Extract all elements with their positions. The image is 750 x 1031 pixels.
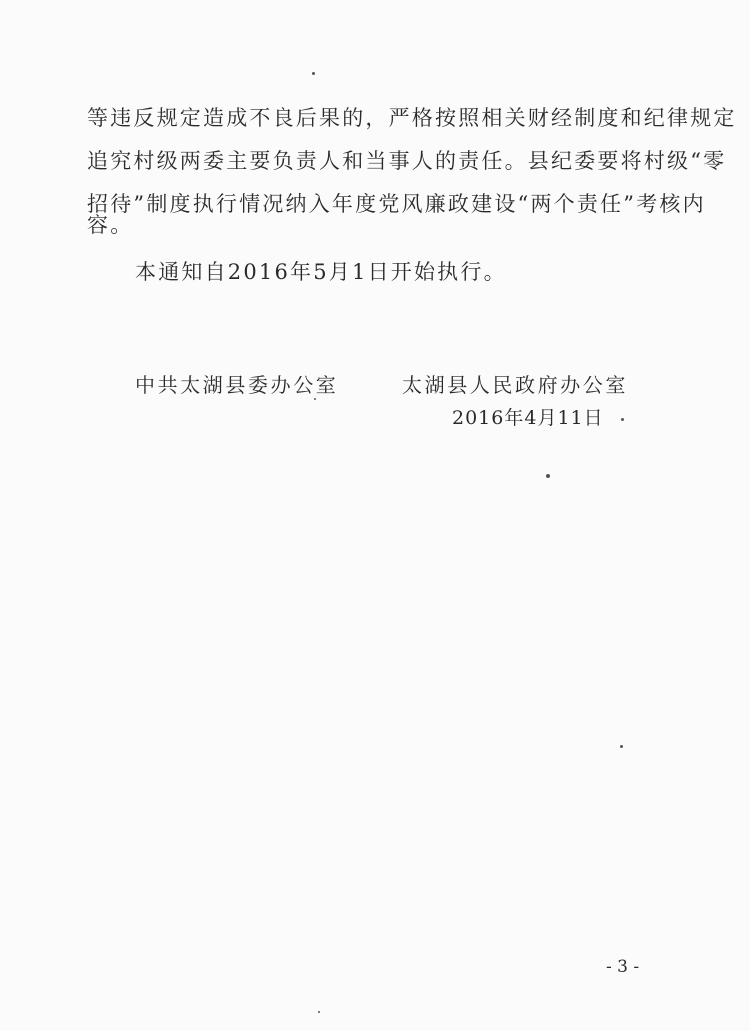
signature-government-office: 太湖县人民政府办公室 [402,369,628,398]
paragraph-line-1: 等违反规定造成不良后果的，严格按照相关财经制度和纪律规定 [87,108,737,129]
page-number: - 3 - [606,957,639,977]
scan-speck [620,745,623,748]
scan-speck [312,72,315,75]
signature-party-committee-office: 中共太湖县委办公室 [135,369,338,398]
effective-date-notice: 本通知自2016年5月1日开始执行。 [135,262,507,283]
paragraph-line-4: 容。 [87,215,133,236]
scan-speck [621,418,624,421]
scan-speck [318,1011,320,1013]
scan-speck [546,474,550,478]
scan-speck [314,398,316,400]
paragraph-line-2: 追究村级两委主要负责人和当事人的责任。县纪委要将村级“零 [87,151,726,172]
paragraph-line-3: 招待”制度执行情况纳入年度党风廉政建设“两个责任”考核内 [87,194,706,215]
signature-date: 2016年4月11日 [452,403,604,430]
